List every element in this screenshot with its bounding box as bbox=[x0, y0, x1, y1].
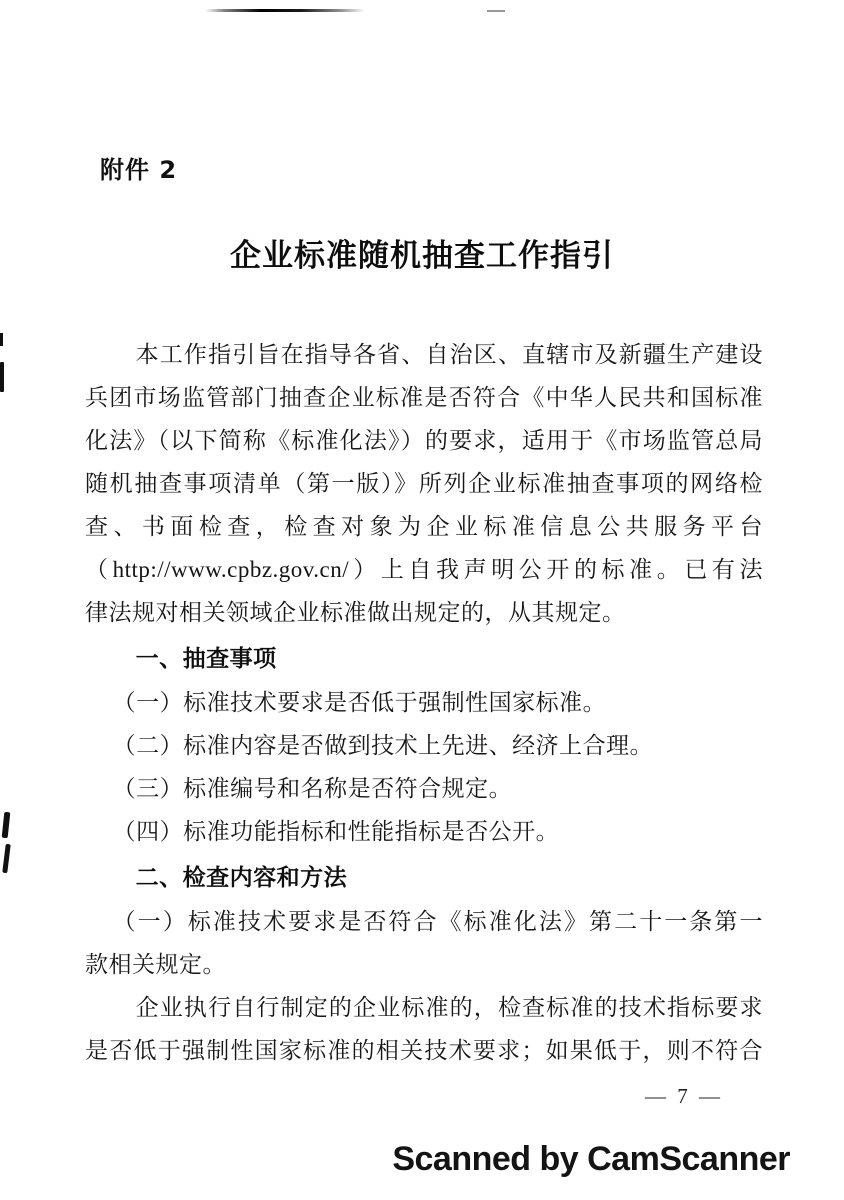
document-title: 企业标准随机抽查工作指引 bbox=[0, 230, 844, 275]
scan-artifact-dash bbox=[487, 10, 505, 12]
document-body: 本工作指引旨在指导各省、自治区、直辖市及新疆生产建设兵团市场监管部门抽查企业标准… bbox=[85, 333, 763, 1072]
section-heading: 二、检查内容和方法 bbox=[85, 857, 763, 900]
doc-line: 款相关规定。 bbox=[85, 943, 763, 986]
doc-line: （三）标准编号和名称是否符合规定。 bbox=[85, 767, 763, 810]
scan-artifact-edge-mark bbox=[0, 333, 3, 346]
scan-artifact-edge-mark bbox=[2, 844, 10, 873]
scan-artifact-edge-mark bbox=[0, 362, 4, 392]
camscanner-watermark: Scanned by CamScanner bbox=[392, 1140, 790, 1179]
page-number: — 7 — bbox=[645, 1084, 723, 1109]
doc-line: 随机抽查事项清单（第一版）》所列企业标准抽查事项的网络检 bbox=[85, 462, 763, 505]
doc-line: （一）标准技术要求是否符合《标准化法》第二十一条第一 bbox=[85, 900, 763, 943]
doc-line: （一）标准技术要求是否低于强制性国家标准。 bbox=[85, 681, 763, 724]
doc-line: 化法》（以下简称《标准化法》）的要求，适用于《市场监管总局 bbox=[85, 419, 763, 462]
doc-line: （http://www.cpbz.gov.cn/）上自我声明公开的标准。已有法 bbox=[85, 548, 763, 591]
scanned-document-page: 附件 2 企业标准随机抽查工作指引 本工作指引旨在指导各省、自治区、直辖市及新疆… bbox=[0, 0, 844, 1200]
doc-line: 企业执行自行制定的企业标准的，检查标准的技术指标要求 bbox=[85, 986, 763, 1029]
doc-line: 是否低于强制性国家标准的相关技术要求；如果低于，则不符合 bbox=[85, 1029, 763, 1072]
section-heading: 一、抽查事项 bbox=[85, 638, 763, 681]
scan-artifact-edge-mark bbox=[2, 812, 11, 838]
attachment-label: 附件 2 bbox=[100, 150, 177, 185]
doc-line: 律法规对相关领域企业标准做出规定的，从其规定。 bbox=[85, 591, 763, 634]
doc-line: （四）标准功能指标和性能指标是否公开。 bbox=[85, 810, 763, 853]
doc-line: 本工作指引旨在指导各省、自治区、直辖市及新疆生产建设 bbox=[85, 333, 763, 376]
doc-line: （二）标准内容是否做到技术上先进、经济上合理。 bbox=[85, 724, 763, 767]
doc-line: 兵团市场监管部门抽查企业标准是否符合《中华人民共和国标准 bbox=[85, 376, 763, 419]
scan-artifact-streak bbox=[205, 9, 365, 12]
doc-line: 查、书面检查，检查对象为企业标准信息公共服务平台 bbox=[85, 505, 763, 548]
